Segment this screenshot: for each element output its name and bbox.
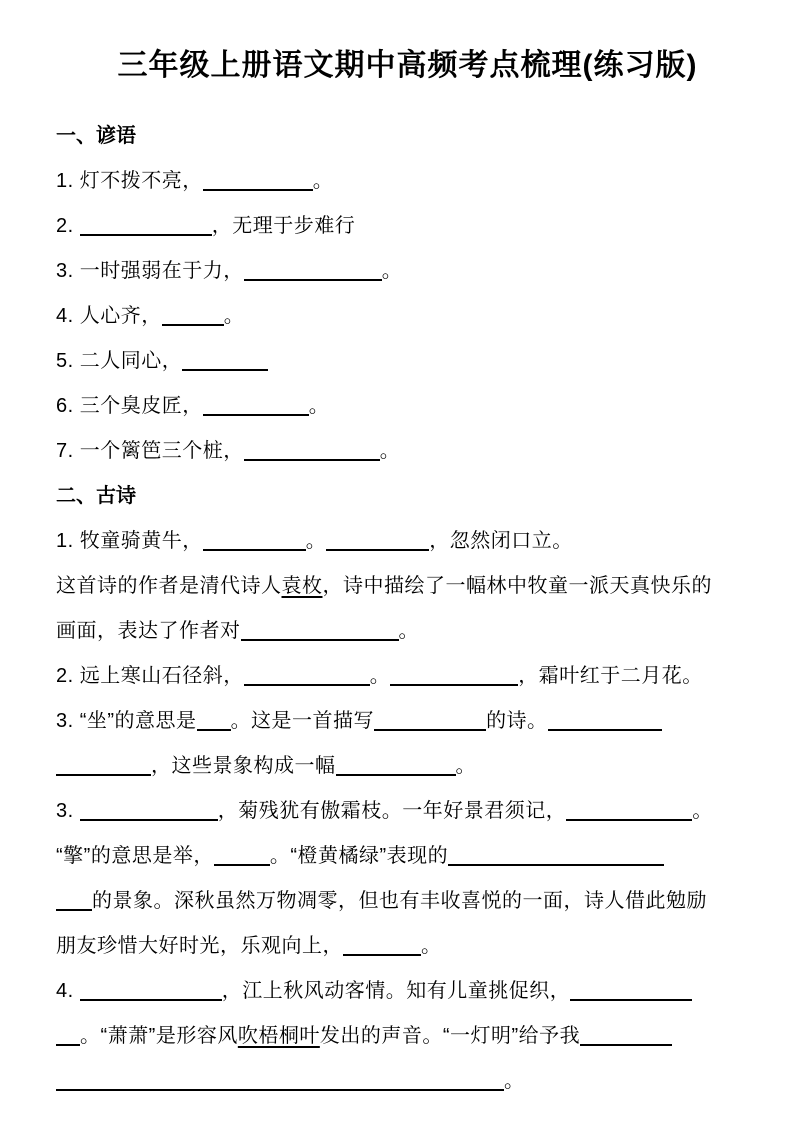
- fill-in-blank: [336, 774, 456, 776]
- fill-in-blank: [244, 684, 370, 686]
- underlined-text: 袁枚: [282, 575, 323, 597]
- text-segment: 。“萧萧”是形容风: [80, 1025, 238, 1047]
- text-segment: 4.: [56, 980, 80, 1002]
- fill-in-blank: [548, 729, 662, 731]
- underlined-text: 吹梧桐叶: [238, 1025, 320, 1047]
- text-segment: 画面，表达了作者对: [56, 620, 241, 642]
- text-segment: 发出的声音。“一灯明”给予我: [320, 1025, 580, 1047]
- fill-in-blank: [374, 729, 486, 731]
- text-segment: 7. 一个篱笆三个桩，: [56, 440, 244, 462]
- text-segment: 。: [380, 440, 401, 462]
- fill-in-blank: [448, 864, 664, 866]
- text-segment: 。: [382, 260, 403, 282]
- fill-in-blank: [80, 819, 218, 821]
- text-segment: ，诗中描绘了一幅林中牧童一派天真快乐的: [323, 575, 713, 597]
- text-segment: 6. 三个臭皮匠，: [56, 395, 203, 417]
- fill-in-blank: [244, 459, 380, 461]
- text-line: 6. 三个臭皮匠，。: [56, 384, 759, 429]
- fill-in-blank: [244, 279, 382, 281]
- text-line: 1. 牧童骑黄牛，。，忽然闭口立。: [56, 519, 759, 564]
- text-line: 4. ，江上秋风动客情。知有儿童挑促织，: [56, 969, 759, 1014]
- section-heading-1: 一、谚语: [56, 114, 759, 159]
- text-segment: 朋友珍惜大好时光，乐观向上，: [56, 935, 343, 957]
- text-segment: 的诗。: [486, 710, 548, 732]
- text-segment: 。: [421, 935, 442, 957]
- text-segment: 。: [692, 800, 713, 822]
- fill-in-blank: [56, 1044, 80, 1046]
- text-segment: 。“橙黄橘绿”表现的: [270, 845, 448, 867]
- text-segment: 。: [504, 1070, 525, 1092]
- fill-in-blank: [566, 819, 692, 821]
- text-line: 7. 一个篱笆三个桩，。: [56, 429, 759, 474]
- fill-in-blank: [56, 909, 92, 911]
- text-segment: 3. “坐”的意思是: [56, 710, 197, 732]
- text-segment: 的景象。深秋虽然万物凋零，但也有丰收喜悦的一面，诗人借此勉励: [92, 890, 707, 912]
- fill-in-blank: [182, 369, 268, 371]
- fill-in-blank: [80, 234, 212, 236]
- text-line: 。“萧萧”是形容风吹梧桐叶发出的声音。“一灯明”给予我: [56, 1014, 759, 1059]
- text-segment: 。: [456, 755, 477, 777]
- fill-in-blank: [197, 729, 231, 731]
- fill-in-blank: [203, 189, 313, 191]
- fill-in-blank: [580, 1044, 672, 1046]
- text-segment: 。: [306, 530, 327, 552]
- text-line: ，这些景象构成一幅。: [56, 744, 759, 789]
- text-line: “擎”的意思是举，。“橙黄橘绿”表现的: [56, 834, 759, 879]
- text-segment: 。这是一首描写: [231, 710, 375, 732]
- text-segment: 1. 灯不拨不亮，: [56, 170, 203, 192]
- text-segment: 。: [370, 665, 391, 687]
- fill-in-blank: [56, 774, 151, 776]
- text-line: 4. 人心齐，。: [56, 294, 759, 339]
- text-line: 5. 二人同心，: [56, 339, 759, 384]
- fill-in-blank: [162, 324, 224, 326]
- fill-in-blank: [80, 999, 222, 1001]
- text-line: 3. 一时强弱在于力，。: [56, 249, 759, 294]
- text-line: 2. 远上寒山石径斜，。，霜叶红于二月花。: [56, 654, 759, 699]
- text-segment: ，江上秋风动客情。知有儿童挑促织，: [222, 980, 571, 1002]
- text-segment: ，这些景象构成一幅: [151, 755, 336, 777]
- text-segment: 1. 牧童骑黄牛，: [56, 530, 203, 552]
- text-line: 3. ，菊残犹有傲霜枝。一年好景君须记，。: [56, 789, 759, 834]
- text-segment: ，无理于步难行: [212, 215, 356, 237]
- text-segment: ，菊残犹有傲霜枝。一年好景君须记，: [218, 800, 567, 822]
- text-line: 这首诗的作者是清代诗人袁枚，诗中描绘了一幅林中牧童一派天真快乐的: [56, 564, 759, 609]
- text-segment: 5. 二人同心，: [56, 350, 182, 372]
- text-segment: 2. 远上寒山石径斜，: [56, 665, 244, 687]
- text-segment: 。: [224, 305, 245, 327]
- fill-in-blank: [56, 1089, 504, 1091]
- fill-in-blank: [203, 549, 306, 551]
- text-line: 2. ，无理于步难行: [56, 204, 759, 249]
- text-segment: 。: [309, 395, 330, 417]
- fill-in-blank: [203, 414, 309, 416]
- fill-in-blank: [241, 639, 399, 641]
- text-line: 。: [56, 1059, 759, 1104]
- text-segment: 2.: [56, 215, 80, 237]
- text-segment: “擎”的意思是举，: [56, 845, 214, 867]
- text-line: 的景象。深秋虽然万物凋零，但也有丰收喜悦的一面，诗人借此勉励: [56, 879, 759, 924]
- text-segment: ，忽然闭口立。: [429, 530, 573, 552]
- fill-in-blank: [326, 549, 429, 551]
- text-segment: 3.: [56, 800, 80, 822]
- fill-in-blank: [390, 684, 518, 686]
- text-line: 3. “坐”的意思是。这是一首描写的诗。: [56, 699, 759, 744]
- text-segment: 。: [399, 620, 420, 642]
- fill-in-blank: [343, 954, 421, 956]
- document-body: 一、谚语1. 灯不拨不亮，。2. ，无理于步难行3. 一时强弱在于力，。4. 人…: [56, 114, 759, 1104]
- worksheet-page: 三年级上册语文期中高频考点梳理(练习版) 一、谚语1. 灯不拨不亮，。2. ，无…: [0, 0, 793, 1122]
- fill-in-blank: [214, 864, 270, 866]
- text-line: 1. 灯不拨不亮，。: [56, 159, 759, 204]
- section-heading-2: 二、古诗: [56, 474, 759, 519]
- text-segment: 。: [313, 170, 334, 192]
- page-title: 三年级上册语文期中高频考点梳理(练习版): [56, 44, 759, 88]
- text-segment: ，霜叶红于二月花。: [518, 665, 703, 687]
- text-line: 画面，表达了作者对。: [56, 609, 759, 654]
- text-segment: 3. 一时强弱在于力，: [56, 260, 244, 282]
- text-segment: 这首诗的作者是清代诗人: [56, 575, 282, 597]
- fill-in-blank: [570, 999, 692, 1001]
- text-segment: 4. 人心齐，: [56, 305, 162, 327]
- text-line: 朋友珍惜大好时光，乐观向上，。: [56, 924, 759, 969]
